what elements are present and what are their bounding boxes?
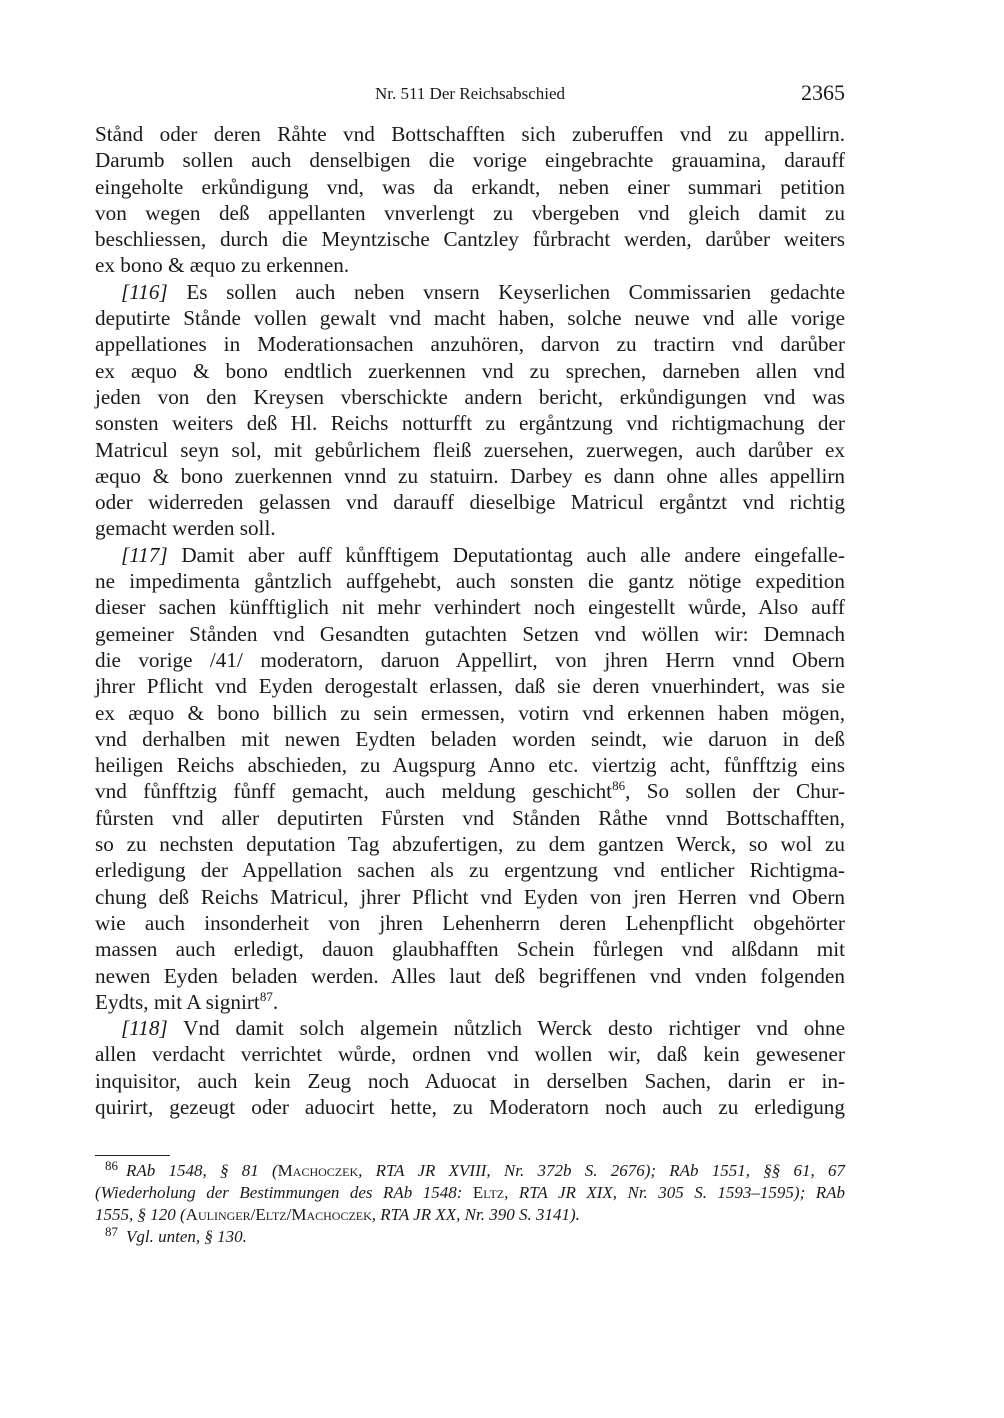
paragraph-number: [118]	[121, 1016, 168, 1040]
footnote-86-line: 1555, § 120 (Aulinger/Eltz/Machoczek, RT…	[95, 1204, 845, 1226]
text-line: appellationes in Moderationsachen anzuhö…	[95, 331, 845, 357]
footnote-ref-87[interactable]: 87	[260, 989, 273, 1004]
text-line: gemacht werden soll.	[95, 515, 845, 541]
text-line: ex bono & æquo zu erkennen.	[95, 252, 845, 278]
text-line: oder widerreden gelassen vnd darauff die…	[95, 489, 845, 515]
text-line: jeden von den Kreysen vberschickte ander…	[95, 384, 845, 410]
text-line: vnd fůnfftzig fůnff gemacht, auch meldun…	[95, 778, 845, 804]
text-line: newen Eyden beladen werden. Alles laut d…	[95, 963, 845, 989]
text-line: deputirte Stånde vollen gewalt vnd macht…	[95, 305, 845, 331]
footnote-separator	[95, 1155, 170, 1156]
footnote-87-line: 87Vgl. unten, § 130.	[95, 1226, 845, 1248]
text-line: æquo & bono zuerkennen vnnd zu statuirn.…	[95, 463, 845, 489]
paragraph-116-first-line: [116] Es sollen auch neben vnsern Keyser…	[95, 279, 845, 305]
text-line: allen verdacht verrichtet wůrde, ordnen …	[95, 1041, 845, 1067]
text-line: gemeiner Stånden vnd Gesandten gutachten…	[95, 621, 845, 647]
text-line: so zu nechsten deputation Tag abzufertig…	[95, 831, 845, 857]
text-line: jhrer Pflicht vnd Eyden derogestalt erla…	[95, 673, 845, 699]
footnote-86-line: (Wiederholung der Bestimmungen des RAb 1…	[95, 1182, 845, 1204]
footnotes: 86RAb 1548, § 81 (Machoczek, RTA JR XVII…	[95, 1160, 845, 1248]
text-line: vnd derhalben mit newen Eydten beladen w…	[95, 726, 845, 752]
footnote-ref-86[interactable]: 86	[612, 778, 625, 793]
text-line: chung deß Reichs Matricul, jhrer Pflicht…	[95, 884, 845, 910]
text-line: ne impedimenta gåntzlich auffgehebt, auc…	[95, 568, 845, 594]
text-line: massen auch erledigt, dauon glaubhafften…	[95, 936, 845, 962]
text-line: erledigung der Appellation sachen als zu…	[95, 857, 845, 883]
text-line: von wegen deß appellanten vnverlengt zu …	[95, 200, 845, 226]
text-line: ex æquo & bono endtlich zuerkennen vnd z…	[95, 358, 845, 384]
text-line: heiligen Reichs abschieden, zu Augspurg …	[95, 752, 845, 778]
text-line: Stånd oder deren Råhte vnd Bottschafften…	[95, 121, 845, 147]
text-line: dieser sachen künfftiglich nit mehr verh…	[95, 594, 845, 620]
text-line: Eydts, mit A signirt87.	[95, 989, 845, 1015]
paragraph-number: [117]	[121, 543, 168, 567]
text-line: quirirt, gezeugt oder aduocirt hette, zu…	[95, 1094, 845, 1120]
text-line: Matricul seyn sol, mit gebůrlichem fleiß…	[95, 437, 845, 463]
text-line: die vorige /41/ moderatorn, daruon Appel…	[95, 647, 845, 673]
footnote-number: 87	[105, 1224, 118, 1239]
text-line: eingeholte erkůndigung vnd, was da erkan…	[95, 174, 845, 200]
page-header: Nr. 511 Der Reichsabschied 2365	[95, 80, 845, 108]
text-line: fůrsten vnd aller deputirten Fůrsten vnd…	[95, 805, 845, 831]
text-line: beschliessen, durch die Meyntzische Cant…	[95, 226, 845, 252]
footnote-number: 86	[105, 1158, 118, 1173]
running-title: Nr. 511 Der Reichsabschied	[95, 84, 845, 104]
paragraph-number: [116]	[121, 280, 168, 304]
text-line: inquisitor, auch kein Zeug noch Aduocat …	[95, 1068, 845, 1094]
text-line: ex æquo & bono billich zu sein ermessen,…	[95, 700, 845, 726]
text-line: wie auch insonderheit von jhren Lehenher…	[95, 910, 845, 936]
paragraph-117-first-line: [117] Damit aber auff kůnfftigem Deputat…	[95, 542, 845, 568]
footnote-86-line: 86RAb 1548, § 81 (Machoczek, RTA JR XVII…	[95, 1160, 845, 1182]
main-text: Stånd oder deren Råhte vnd Bottschafften…	[95, 121, 845, 1120]
page-number: 2365	[801, 80, 845, 106]
paragraph-118-first-line: [118] Vnd damit solch algemein nůtzlich …	[95, 1015, 845, 1041]
text-line: sonsten weiters deß Hl. Reichs notturfft…	[95, 410, 845, 436]
text-line: Darumb sollen auch denselbigen die vorig…	[95, 147, 845, 173]
